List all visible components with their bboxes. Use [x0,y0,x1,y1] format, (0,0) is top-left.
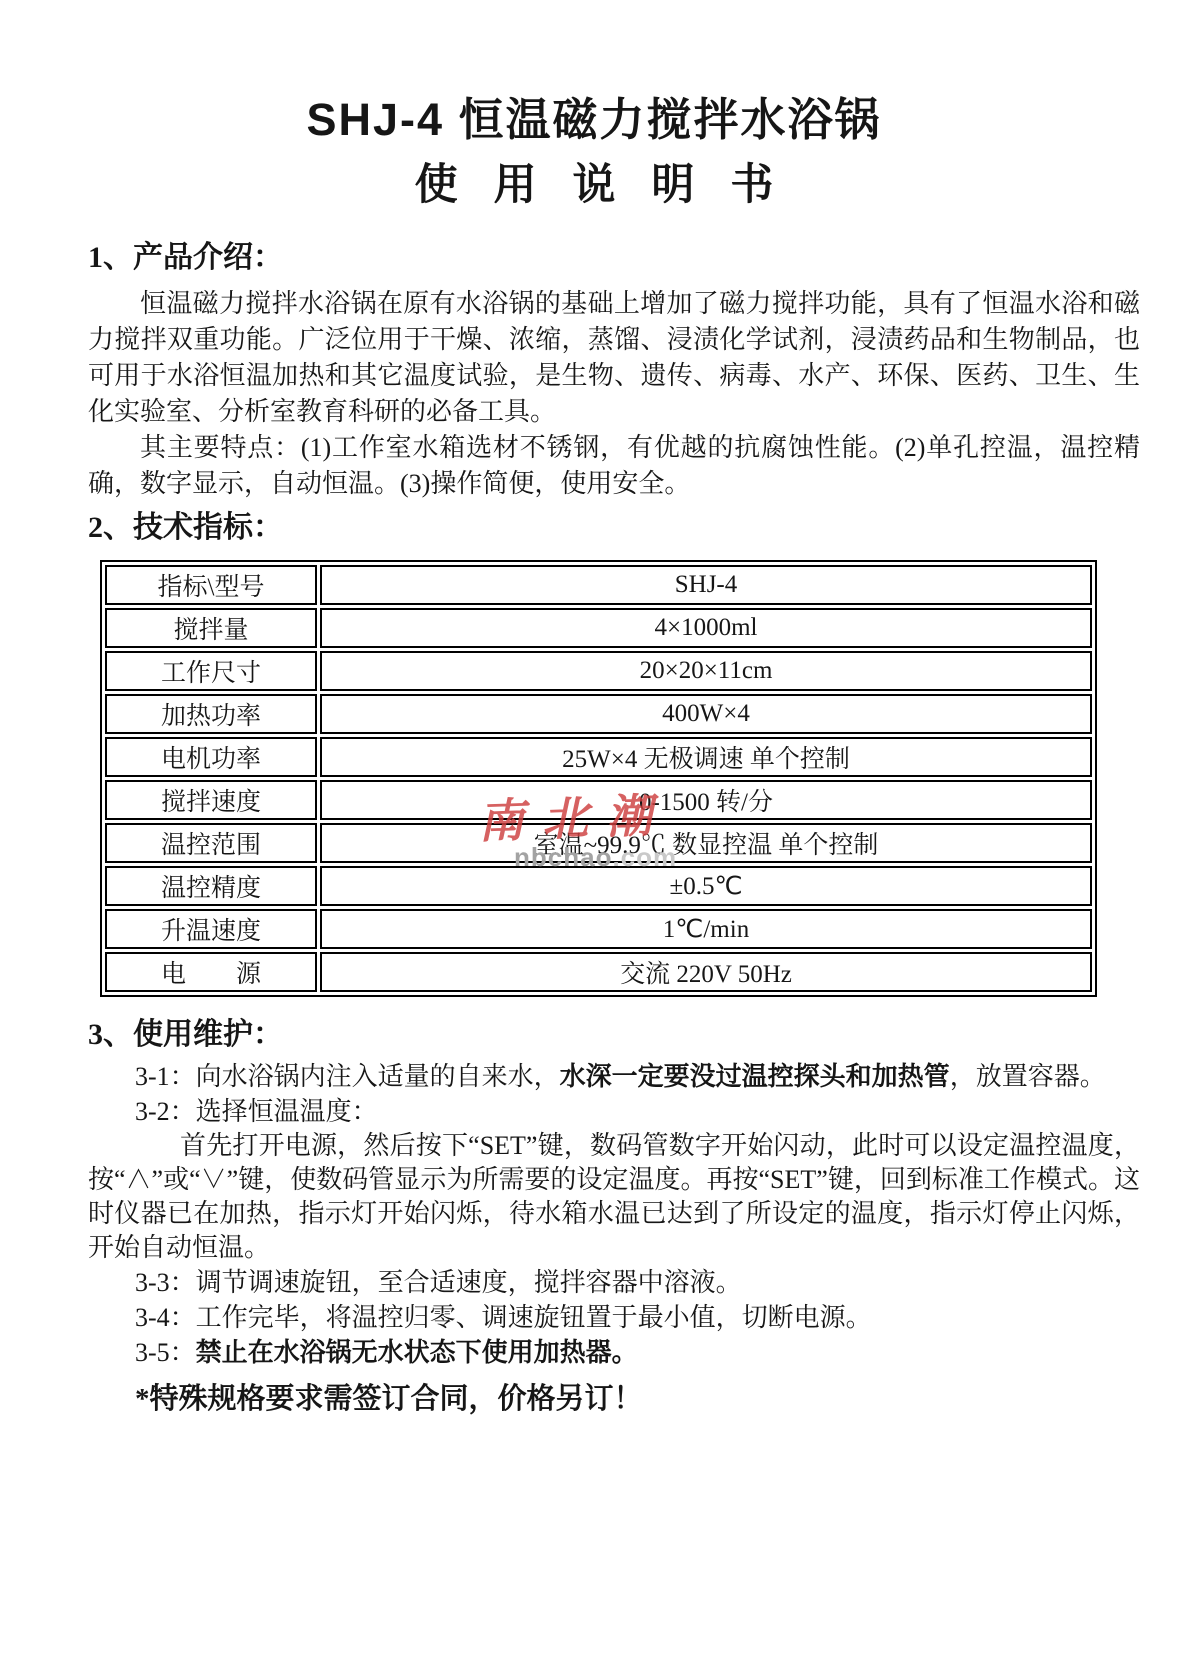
list-item-3-2: 3-2：选择恒温温度： [135,1094,1140,1129]
spec-label: 温控精度 [105,866,317,906]
spec-label: 温控范围 [105,823,317,863]
spec-row-heating-power: 加热功率 400W×4 [105,694,1092,734]
spec-label: 电 源 [105,952,317,992]
spec-value: 0-1500 转/分 [320,780,1092,820]
item-3-2-detail-paragraph: 首先打开电源，然后按下“SET”键，数码管数字开始闪动，此时可以设定温控温度，按… [88,1129,1140,1265]
spec-value: SHJ-4 [320,565,1092,605]
spec-value: 400W×4 [320,694,1092,734]
spec-label: 搅拌量 [105,608,317,648]
spec-label: 电机功率 [105,737,317,777]
doc-subtitle: 使 用 说 明 书 [88,160,1140,210]
spec-row-temp-range: 温控范围 室温~99.9℃ 数显控温 单个控制 [105,823,1092,863]
list-item-3-4: 3-4：工作完毕，将温控归零、调速旋钮置于最小值，切断电源。 [135,1300,1140,1335]
maintenance-list: 3-1：向水浴锅内注入适量的自来水，水深一定要没过温控探头和加热管，放置容器。 … [88,1059,1140,1418]
spec-value: 1℃/min [320,909,1092,949]
item-3-1-text: 3-1：向水浴锅内注入适量的自来水， [135,1062,560,1091]
spec-row-temp-accuracy: 温控精度 ±0.5℃ [105,866,1092,906]
item-3-5-label: 3-5： [135,1338,196,1367]
spec-label: 指标\型号 [105,565,317,605]
product-features-paragraph: 其主要特点：(1)工作室水箱选材不锈钢，有优越的抗腐蚀性能。(2)单孔控温，温控… [88,430,1140,502]
special-spec-footnote: *特殊规格要求需签订合同，价格另订！ [135,1380,1140,1418]
spec-row-work-size: 工作尺寸 20×20×11cm [105,651,1092,691]
item-3-5-warning: 禁止在水浴锅无水状态下使用加热器。 [196,1338,638,1367]
item-3-1-warning: 水深一定要没过温控探头和加热管 [560,1062,950,1091]
section1-heading: 1、产品介绍： [88,240,1140,276]
doc-title: SHJ-4 恒温磁力搅拌水浴锅 [88,94,1140,146]
spec-row-heatup-speed: 升温速度 1℃/min [105,909,1092,949]
spec-value: 4×1000ml [320,608,1092,648]
spec-row-power-supply: 电 源 交流 220V 50Hz [105,952,1092,992]
spec-row-model: 指标\型号 SHJ-4 [105,565,1092,605]
spec-row-stir-volume: 搅拌量 4×1000ml [105,608,1092,648]
section2-heading: 2、技术指标： [88,510,1140,546]
spec-value: 25W×4 无极调速 单个控制 [320,737,1092,777]
spec-label: 加热功率 [105,694,317,734]
item-3-1-tail: ，放置容器。 [950,1062,1106,1091]
spec-label: 工作尺寸 [105,651,317,691]
spec-label: 升温速度 [105,909,317,949]
spec-value: 室温~99.9℃ 数显控温 单个控制 [320,823,1092,863]
page-content: SHJ-4 恒温磁力搅拌水浴锅 使 用 说 明 书 1、产品介绍： 恒温磁力搅拌… [0,0,1200,1418]
product-intro-paragraph: 恒温磁力搅拌水浴锅在原有水浴锅的基础上增加了磁力搅拌功能，具有了恒温水浴和磁力搅… [88,286,1140,430]
spec-value: 20×20×11cm [320,651,1092,691]
section3-heading: 3、使用维护： [88,1017,1140,1053]
list-item-3-5: 3-5：禁止在水浴锅无水状态下使用加热器。 [135,1335,1140,1370]
spec-table: 指标\型号 SHJ-4 搅拌量 4×1000ml 工作尺寸 20×20×11cm… [100,560,1097,997]
spec-row-motor-power: 电机功率 25W×4 无极调速 单个控制 [105,737,1092,777]
spec-label: 搅拌速度 [105,780,317,820]
manual-page: SHJ-4 恒温磁力搅拌水浴锅 使 用 说 明 书 1、产品介绍： 恒温磁力搅拌… [0,0,1200,1664]
spec-value: ±0.5℃ [320,866,1092,906]
list-item-3-3: 3-3：调节调速旋钮，至合适速度，搅拌容器中溶液。 [135,1265,1140,1300]
spec-row-stir-speed: 搅拌速度 0-1500 转/分 [105,780,1092,820]
spec-table-body: 指标\型号 SHJ-4 搅拌量 4×1000ml 工作尺寸 20×20×11cm… [105,565,1092,992]
list-item-3-1: 3-1：向水浴锅内注入适量的自来水，水深一定要没过温控探头和加热管，放置容器。 [135,1059,1140,1094]
spec-value: 交流 220V 50Hz [320,952,1092,992]
